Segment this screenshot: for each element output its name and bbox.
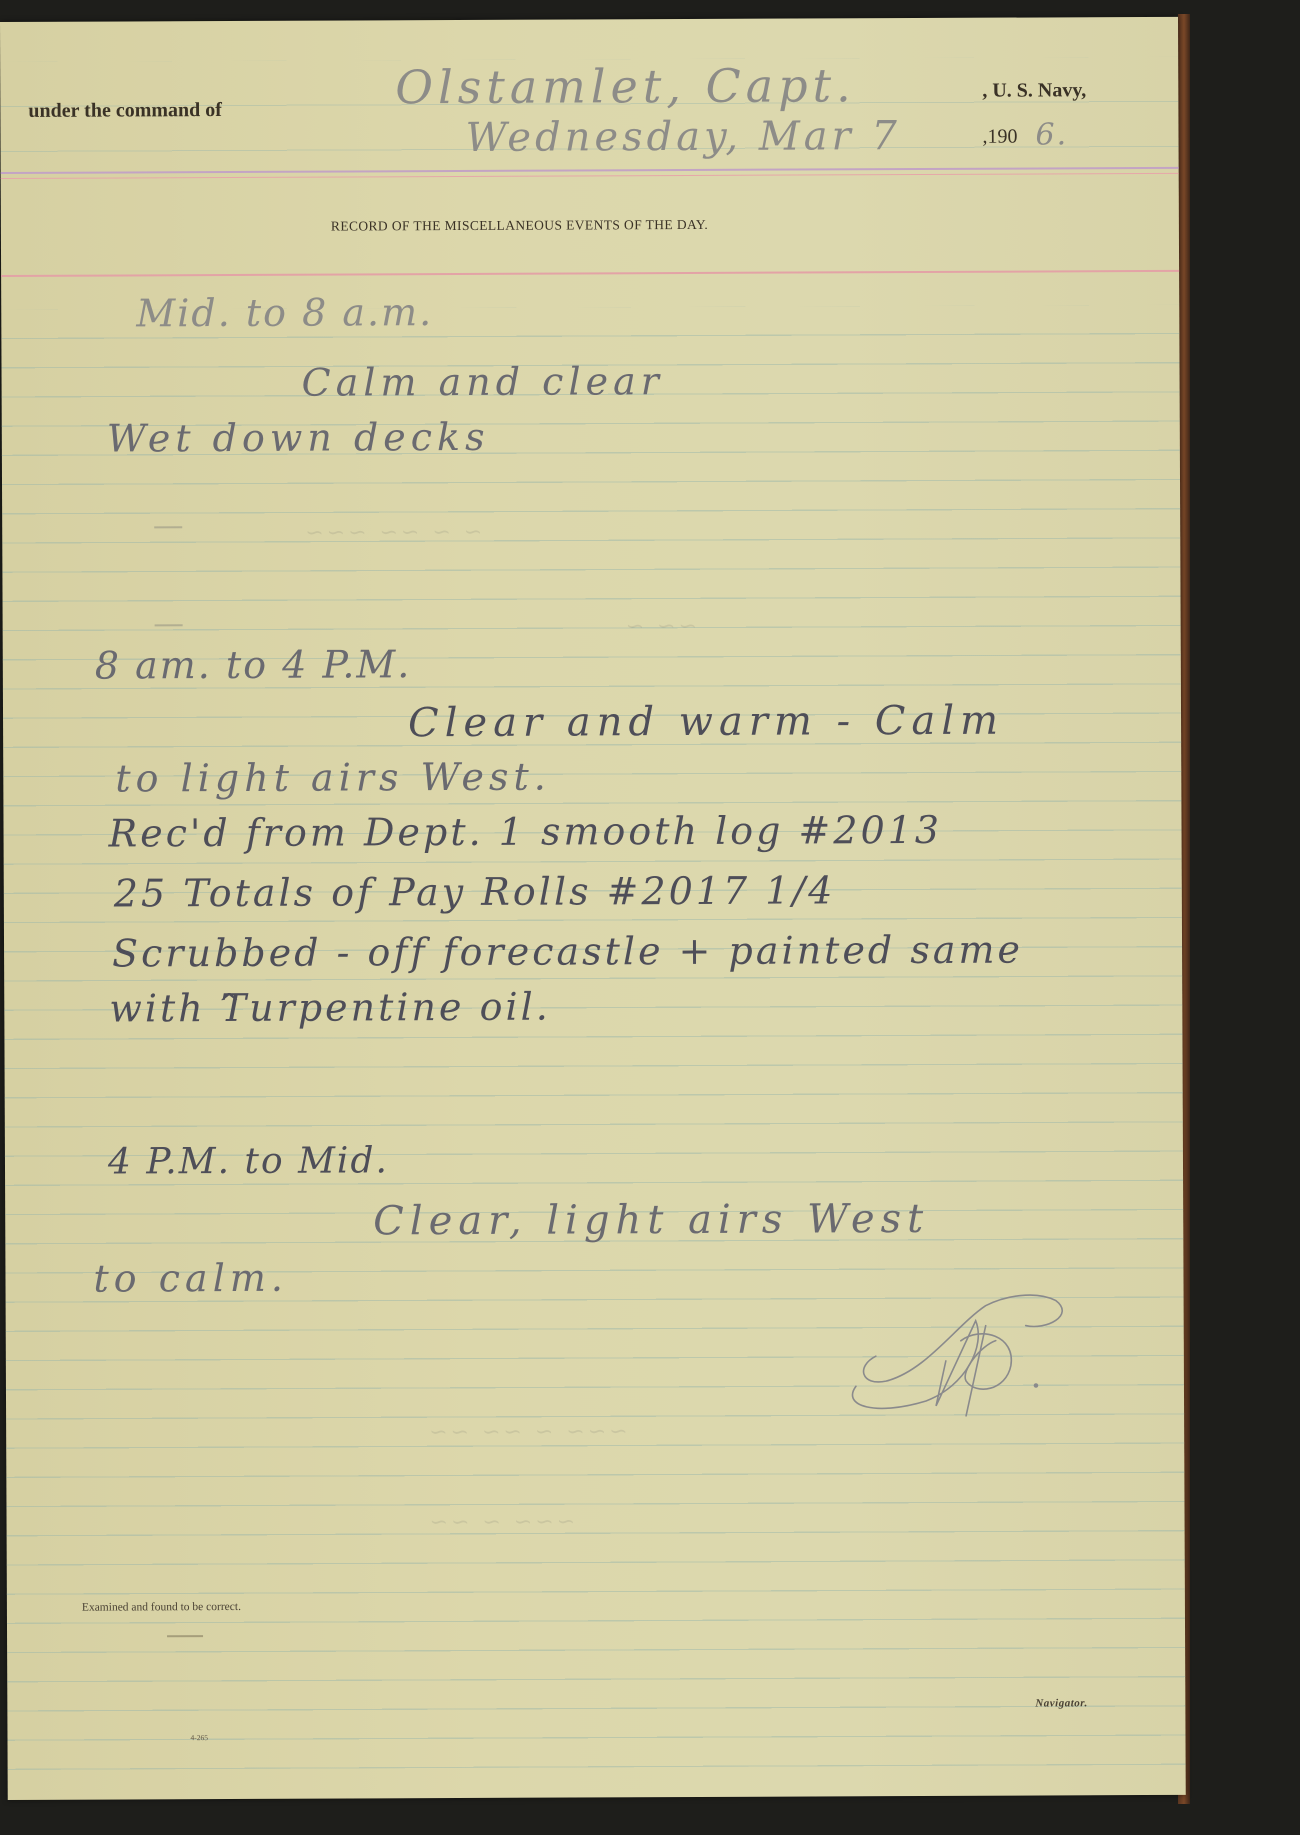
bleed-mark — [155, 624, 183, 626]
signature-line-mark — [167, 1635, 203, 1637]
bleed-mark — [154, 526, 182, 528]
watch-period-4pm-to-mid: 4 P.M. to Mid. — [108, 1140, 389, 1182]
section-title: RECORD OF THE MISCELLANEOUS EVENTS OF TH… — [331, 217, 708, 235]
watch-entry-line: 25 Totals of Pay Rolls #2017 1/4 — [114, 868, 836, 915]
bleed-through-text: ~ ~ ~~ ~~~ — [302, 520, 482, 546]
year-printed: ,190 — [982, 126, 1017, 149]
commander-name-handwritten: Olstamlet, Capt. — [395, 58, 856, 114]
watch-entry-line: to light airs West. — [115, 755, 551, 801]
insertion-caret-mark: ^ — [218, 989, 242, 1019]
command-label: under the command of — [28, 99, 222, 123]
watch-entry-line: Clear and warm - Calm — [408, 698, 1004, 747]
service-label: , U. S. Navy, — [982, 79, 1086, 102]
watch-entry-line: Wet down decks — [107, 415, 490, 461]
year-handwritten: 6. — [1035, 117, 1068, 152]
watch-entry-line: Scrubbed - off forecastle + painted same — [112, 928, 1023, 976]
watch-period-mid-to-8am: Mid. to 8 a.m. — [136, 290, 433, 335]
examined-label: Examined and found to be correct. — [82, 1601, 241, 1614]
watch-period-8am-to-4pm: 8 am. to 4 P.M. — [95, 642, 412, 687]
bleed-through-text: ~~ ~ — [623, 614, 697, 639]
watch-entry-line: Calm and clear — [301, 359, 663, 405]
form-number: 4-265 — [190, 1733, 208, 1742]
officer-signature-initials — [836, 1285, 1087, 1426]
watch-entry-line: to calm. — [93, 1256, 288, 1301]
watch-entry-line: Clear, light airs West — [373, 1196, 929, 1244]
log-page: under the command of , U. S. Navy, ,190 … — [0, 17, 1186, 1800]
watch-entry-line: with Turpentine oil. — [109, 985, 551, 1031]
ruled-lines — [1, 305, 1185, 1770]
bleed-through-text: ~~~ ~ ~~ — [426, 1510, 575, 1536]
bleed-through-text: ~~~ ~ ~~ ~~ — [426, 1419, 628, 1445]
navigator-label: Navigator. — [1035, 1697, 1087, 1709]
watch-entry-line: Rec'd from Dept. 1 smooth log #2013 — [108, 808, 942, 856]
section-divider-rule — [1, 270, 1179, 277]
date-handwritten: Wednesday, Mar 7 — [465, 113, 901, 161]
